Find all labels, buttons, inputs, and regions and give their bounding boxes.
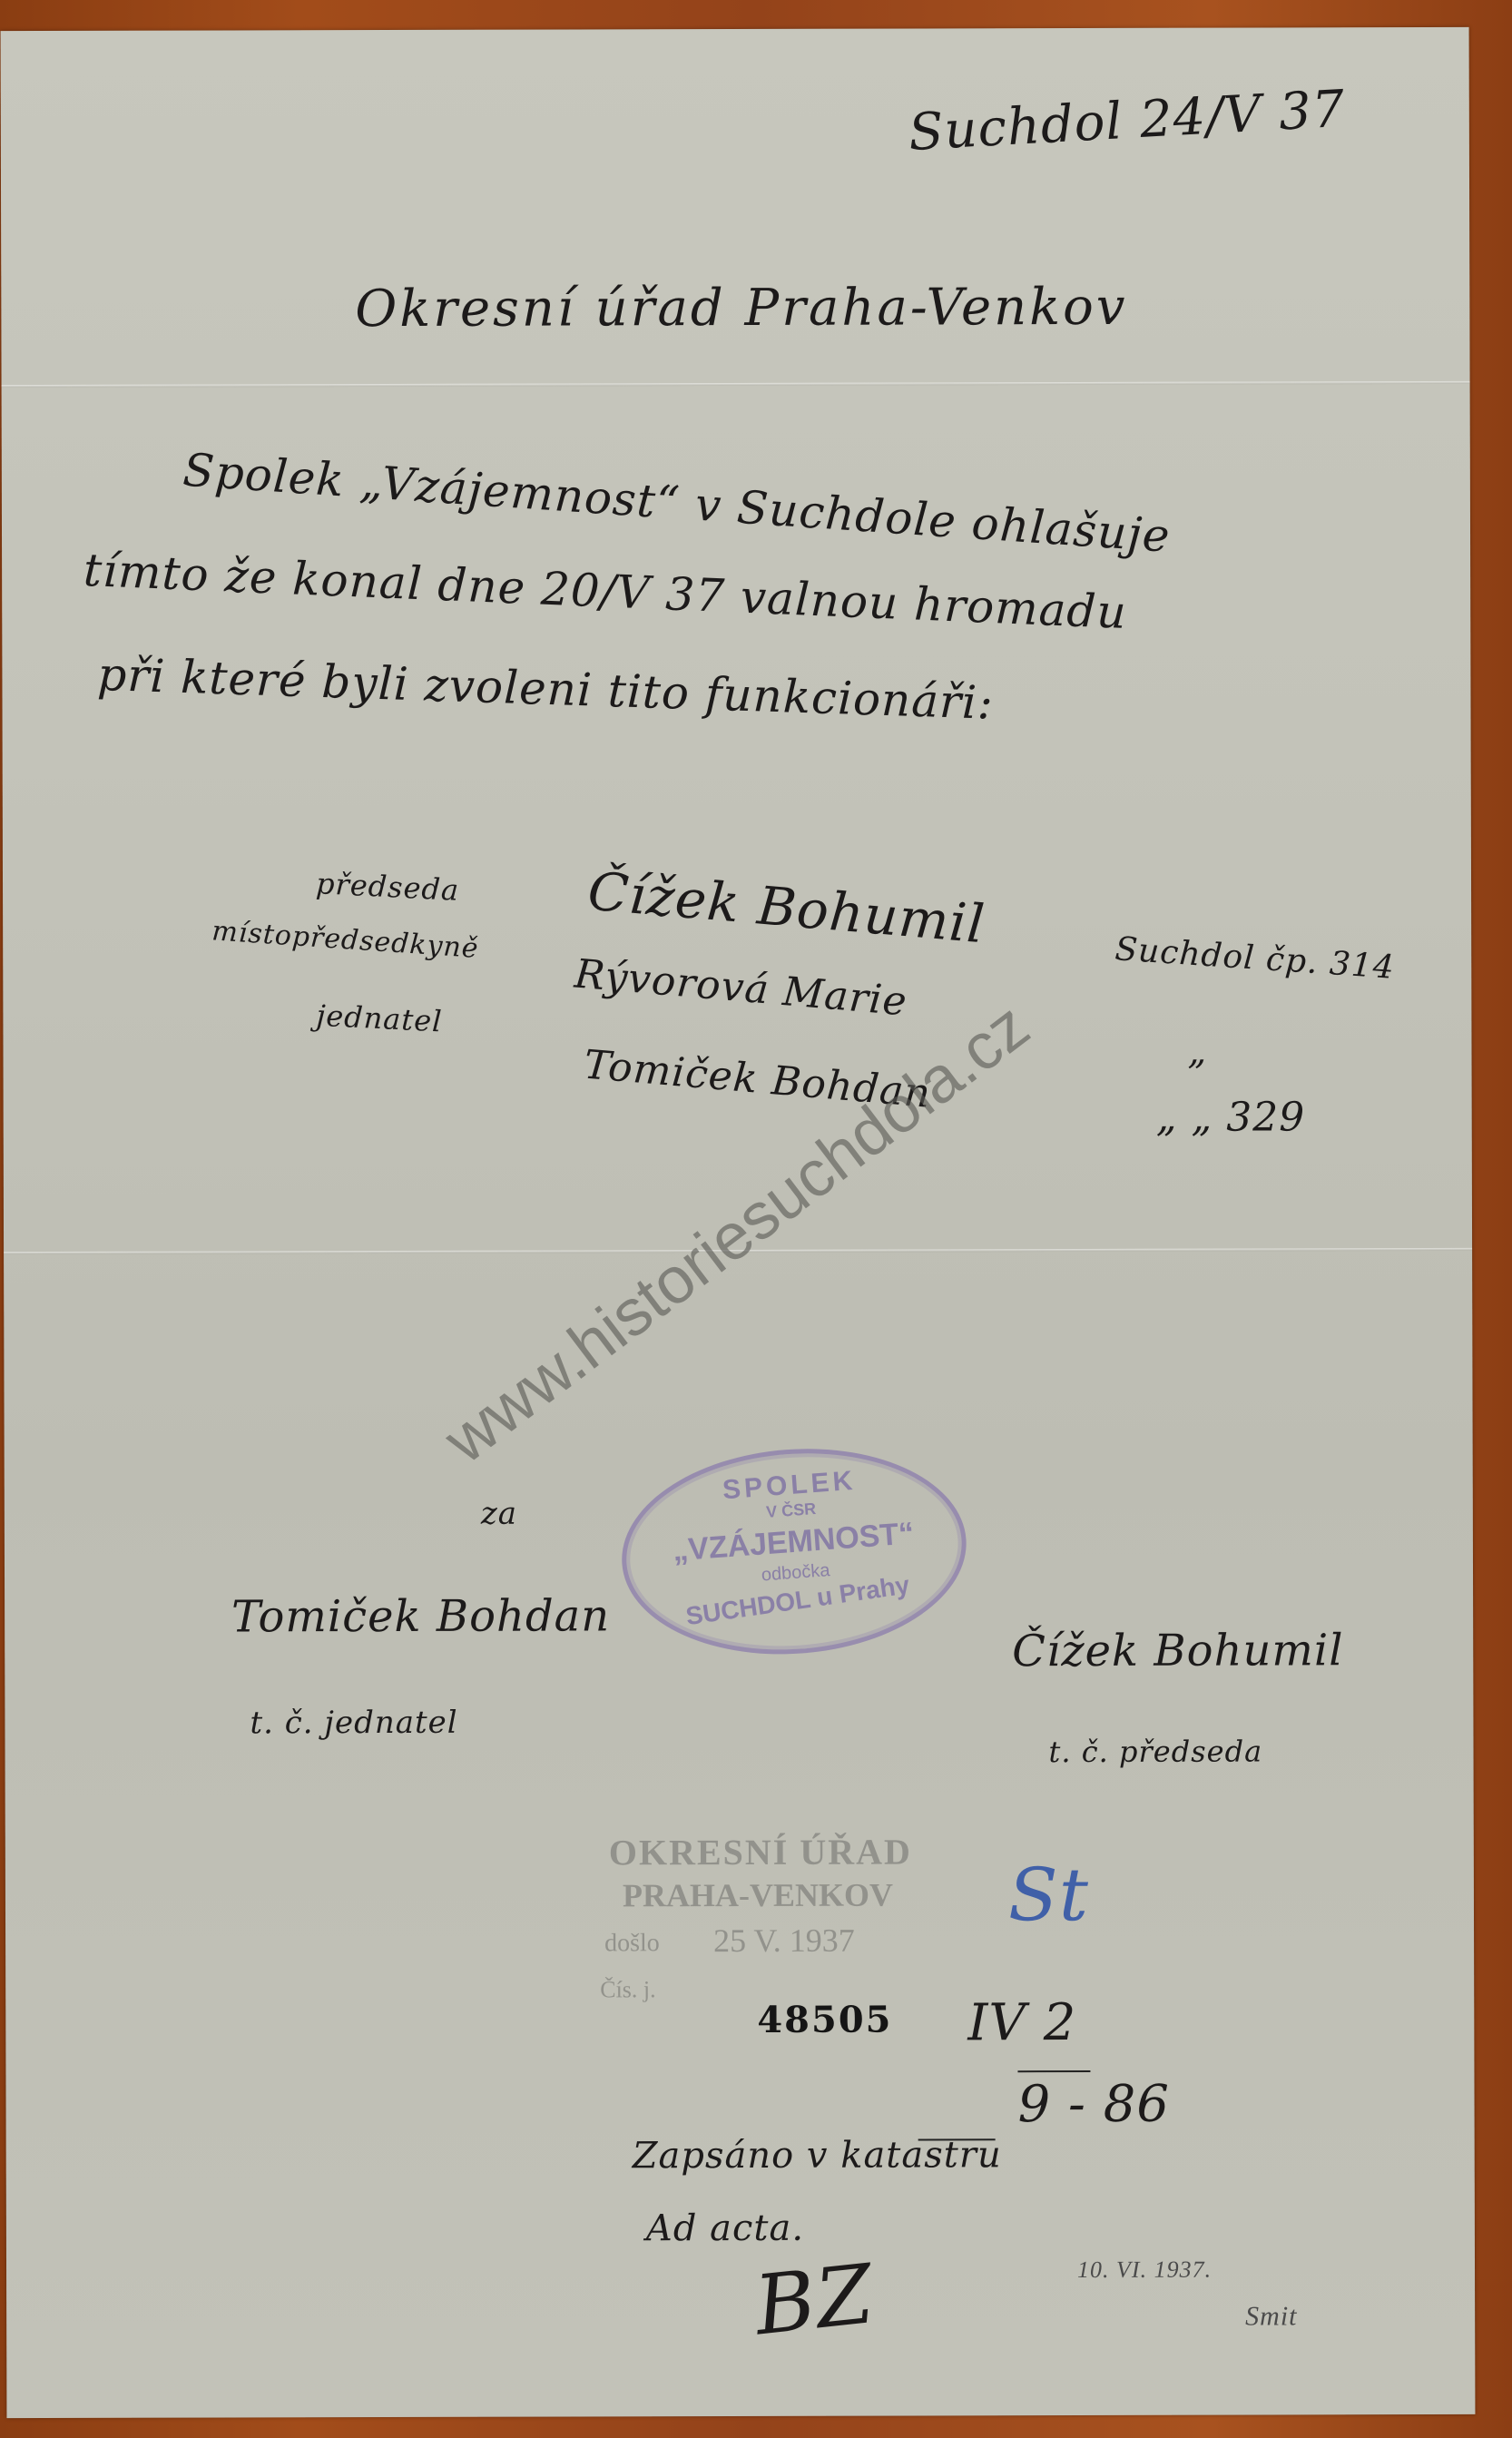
reference-number: 48505 [757, 1999, 892, 2041]
officers-list: předseda Čížek Bohumil Suchdol čp. 314 m… [1, 27, 1469, 31]
society-stamp: SPOLEK V ČSR „VZÁJEMNOST“ odbočka SUCHDO… [614, 1437, 973, 1666]
date-note: 10. VI. 1937. [1077, 2256, 1212, 2284]
pencil-signature: Smit [1245, 2301, 1297, 2332]
officer-address: „ „ 329 [1156, 1094, 1306, 1140]
for-label: za [481, 1496, 517, 1532]
body-line-2: tímto že konal dne 20/V 37 valnou hromad… [83, 544, 1128, 639]
officer-address: Suchdol čp. 314 [1114, 930, 1396, 987]
received-label: došlo [604, 1929, 660, 1958]
body-line-3: při které byli zvoleni tito funkcionáři: [96, 648, 994, 730]
signature-chairman: Čížek Bohumil [1012, 1625, 1343, 1676]
officer-role: předseda [315, 866, 460, 908]
file-code-top: IV 2 [967, 1993, 1076, 2052]
officer-role: jednatel [316, 998, 444, 1039]
paper-fold-middle [4, 1248, 1472, 1254]
received-date: 25 V. 1937 [713, 1922, 855, 1960]
office-stamp-line-2: PRAHA-VENKOV [623, 1876, 893, 1915]
place-date: Suchdol 24/V 37 [907, 80, 1347, 162]
fraction-bar [1017, 2070, 1090, 2072]
signature-chairman-title: t. č. předseda [1048, 1734, 1262, 1769]
officer-name: Čížek Bohumil [585, 860, 987, 956]
signature-secretary: Tomiček Bohdan [231, 1590, 610, 1642]
officer-role: místopředsedkyně [211, 915, 479, 965]
signature-secretary-title: t. č. jednatel [250, 1705, 457, 1742]
note-line-2: Ad acta. [646, 2207, 804, 2249]
officer-name: Tomiček Bohdan [582, 1042, 932, 1117]
ref-label: Čís. j. [600, 1976, 656, 2003]
note-line-1: Zapsáno v katastru [633, 2134, 1002, 2177]
initials-mark: BZ [751, 2246, 879, 2354]
paper-fold-top [2, 381, 1470, 388]
addressee: Okresní úřad Praha-Venkov [355, 278, 1127, 339]
officer-address-ditto: „ [1187, 1031, 1207, 1073]
office-stamp-line-1: OKRESNÍ ÚŘAD [609, 1831, 912, 1874]
blue-initials: St [1008, 1853, 1089, 1937]
body-line-1: Spolek „Vzájemnost“ v Suchdole ohlašuje [182, 444, 1172, 563]
document-sheet: Suchdol 24/V 37 Okresní úřad Praha-Venko… [1, 27, 1476, 2418]
officer-name: Rývorová Marie [573, 951, 909, 1026]
file-code-bottom: 9 - 86 [1017, 2075, 1170, 2134]
